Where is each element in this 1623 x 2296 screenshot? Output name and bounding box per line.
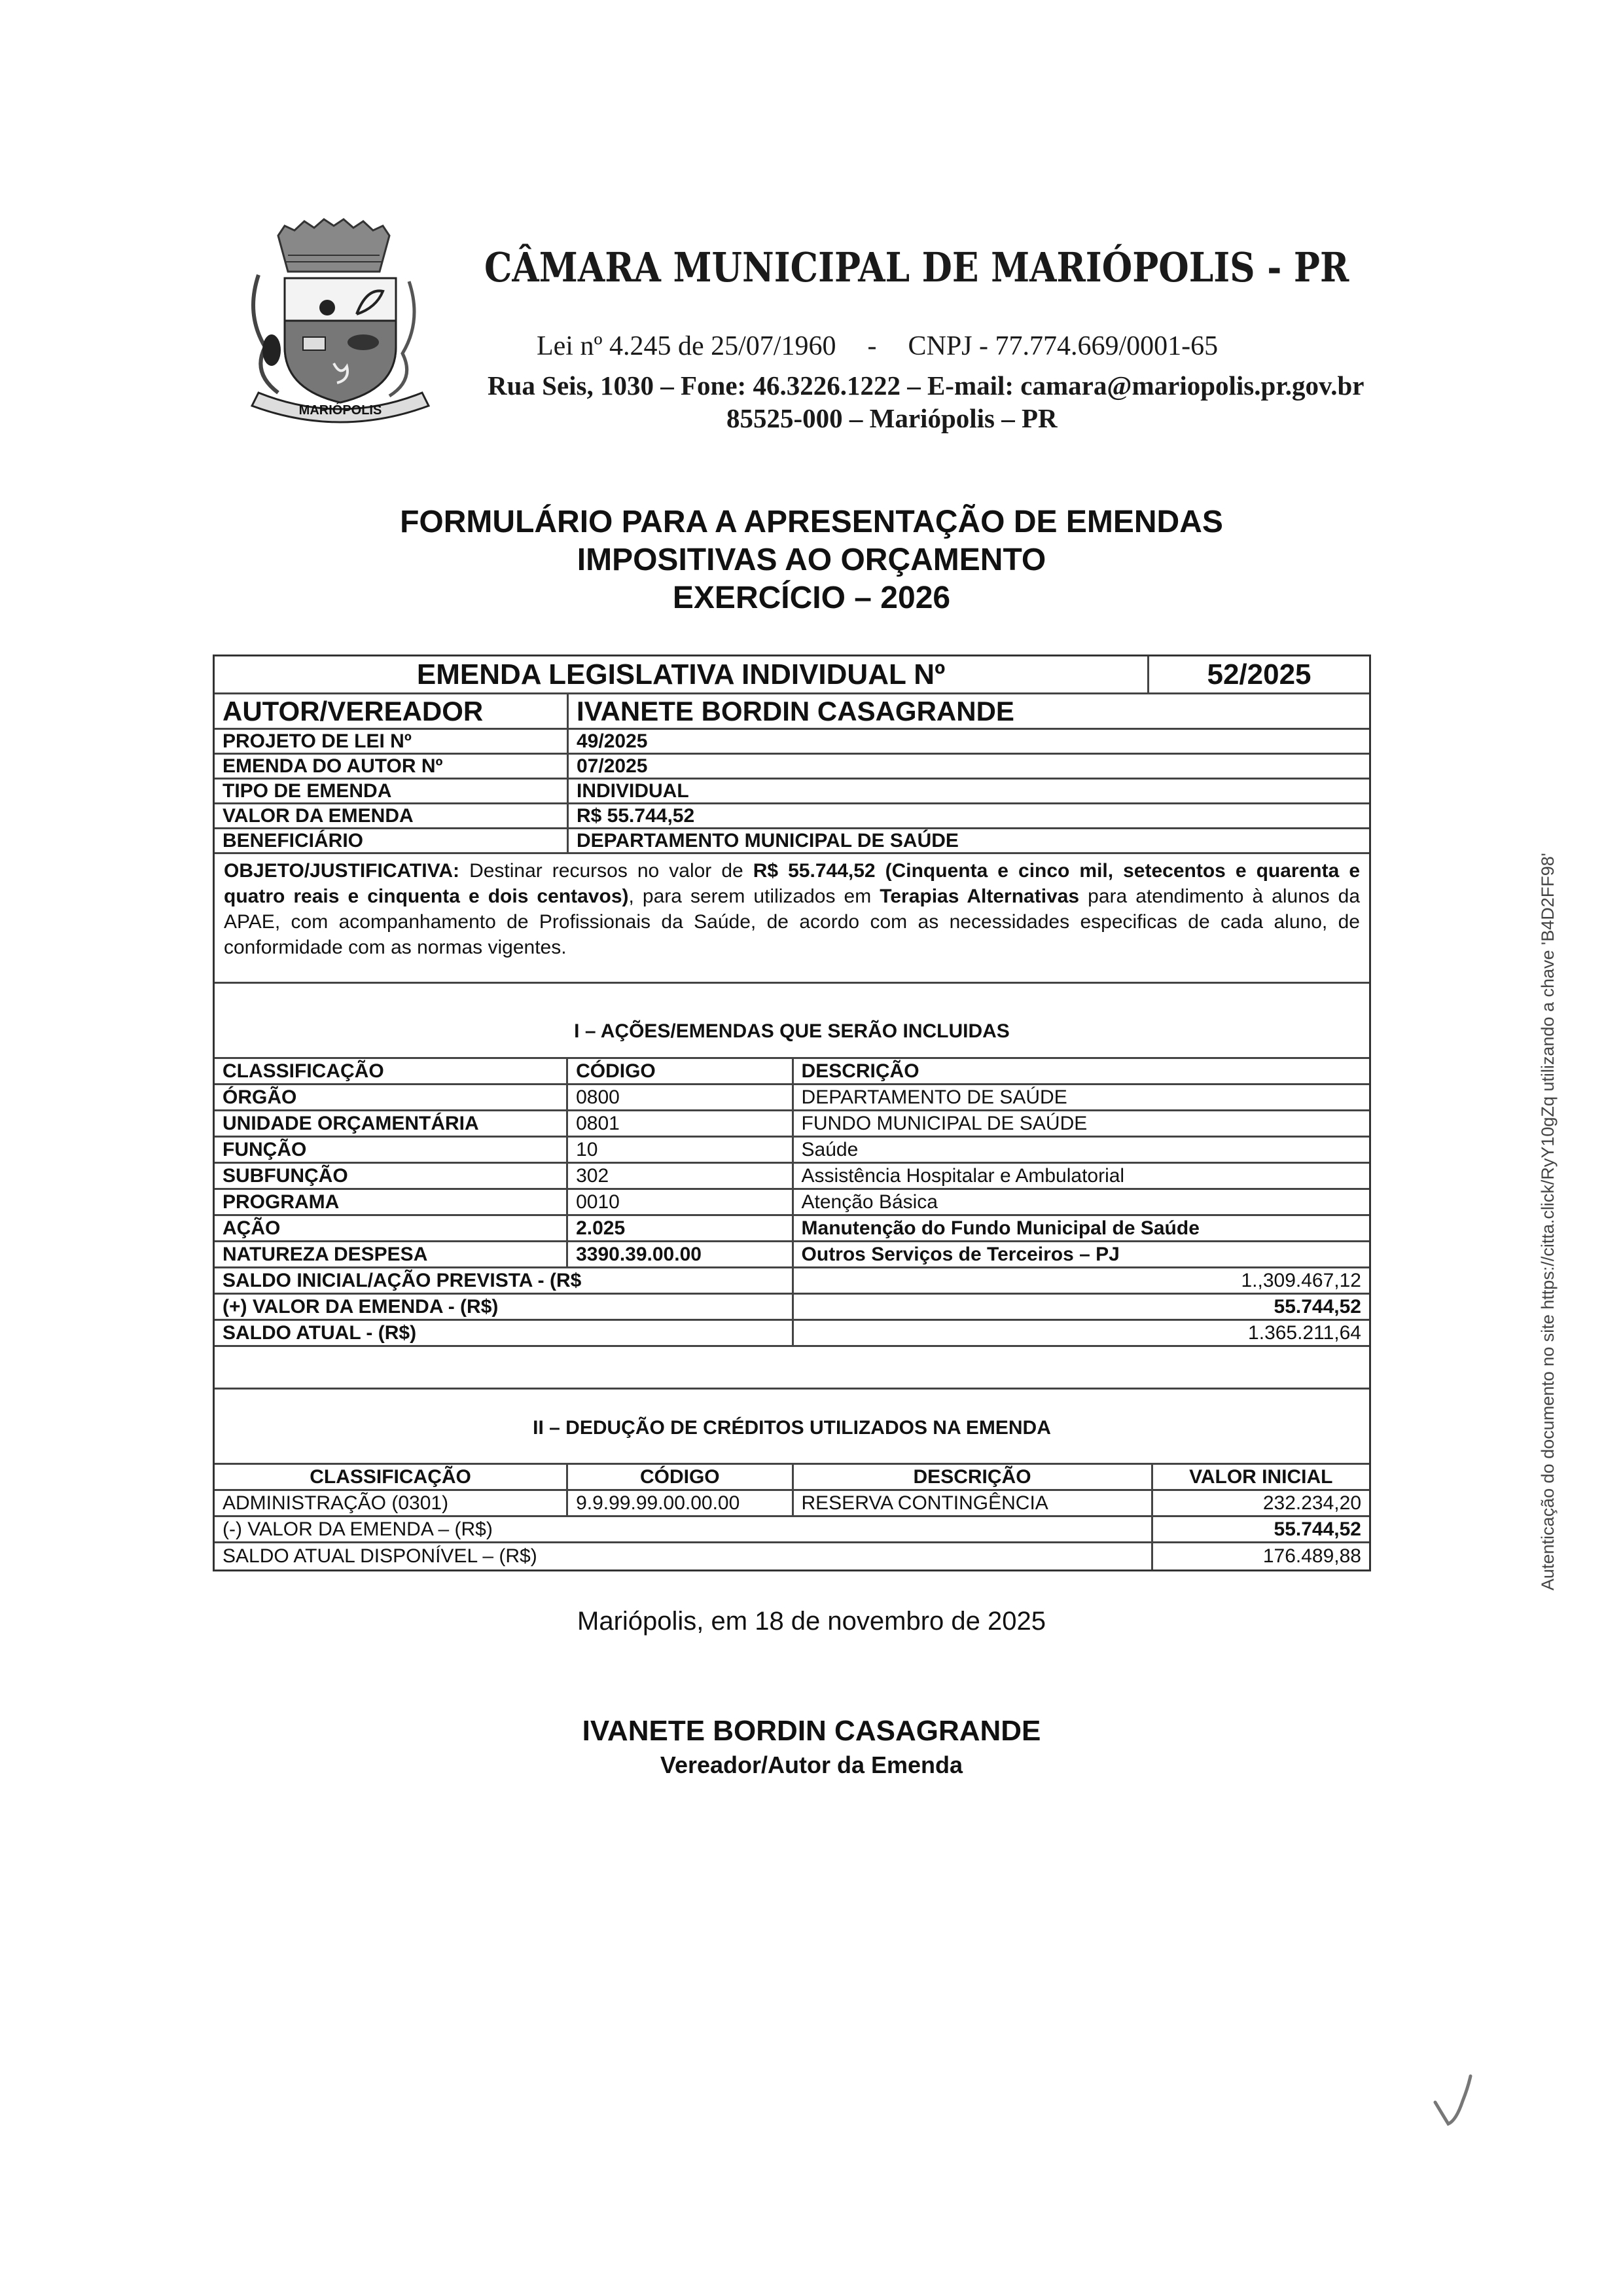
amendment-number: 52/2025 xyxy=(1147,656,1369,692)
signer-role: Vereador/Autor da Emenda xyxy=(0,1751,1623,1779)
info-row-emenda-autor: EMENDA DO AUTOR Nº 07/2025 xyxy=(215,755,1369,780)
cnpj: CNPJ - 77.774.669/0001-65 xyxy=(908,331,1218,361)
info-label: TIPO DE EMENDA xyxy=(215,780,567,802)
info-label: EMENDA DO AUTOR Nº xyxy=(215,755,567,778)
code-cell: 2.025 xyxy=(566,1216,791,1240)
table-row: SUBFUNÇÃO 302 Assistência Hospitalar e A… xyxy=(215,1164,1369,1190)
objective-text: Destinar recursos no valor de xyxy=(459,860,753,882)
amendment-header-row: EMENDA LEGISLATIVA INDIVIDUAL Nº 52/2025 xyxy=(215,656,1369,694)
total-label: (+) VALOR DA EMENDA - (R$) xyxy=(215,1295,792,1319)
law-reference: Lei nº 4.245 de 25/07/1960 xyxy=(537,331,836,361)
info-row-beneficiario: BENEFICIÁRIO DEPARTAMENTO MUNICIPAL DE S… xyxy=(215,829,1369,854)
authentication-note: Autenticação do documento no site https:… xyxy=(1538,661,1558,1590)
code-cell: 10 xyxy=(566,1138,791,1162)
classification-cell: ADMINISTRAÇÃO (0301) xyxy=(215,1491,566,1515)
column-header: VALOR INICIAL xyxy=(1151,1465,1369,1489)
total-row: SALDO ATUAL DISPONÍVEL – (R$) 176.489,88 xyxy=(215,1543,1369,1570)
author-label: AUTOR/VEREADOR xyxy=(215,694,567,728)
form-title-line-2: IMPOSITIVAS AO ORÇAMENTO xyxy=(0,542,1623,578)
classification-cell: ÓRGÃO xyxy=(215,1085,566,1109)
section-2-header-row: CLASSIFICAÇÃO CÓDIGO DESCRIÇÃO VALOR INI… xyxy=(215,1465,1369,1491)
column-header: CÓDIGO xyxy=(566,1059,791,1083)
objective-therapy: Terapias Alternativas xyxy=(880,886,1079,907)
postal-code-city: 85525-000 – Mariópolis – PR xyxy=(726,403,1058,434)
total-row: (-) VALOR DA EMENDA – (R$) 55.744,52 xyxy=(215,1517,1369,1543)
info-label: BENEFICIÁRIO xyxy=(215,829,567,852)
table-row: ÓRGÃO 0800 DEPARTAMENTO DE SAÚDE xyxy=(215,1085,1369,1111)
info-row-projeto: PROJETO DE LEI Nº 49/2025 xyxy=(215,730,1369,755)
section-1-header-row: CLASSIFICAÇÃO CÓDIGO DESCRIÇÃO xyxy=(215,1059,1369,1085)
classification-cell: SUBFUNÇÃO xyxy=(215,1164,566,1188)
code-cell: 0800 xyxy=(566,1085,791,1109)
author-value: IVANETE BORDIN CASAGRANDE xyxy=(567,694,1369,728)
table-row: ADMINISTRAÇÃO (0301) 9.9.99.99.00.00.00 … xyxy=(215,1491,1369,1517)
objective-label: OBJETO/JUSTIFICATIVA: xyxy=(224,860,459,882)
place-and-date: Mariópolis, em 18 de novembro de 2025 xyxy=(0,1607,1623,1636)
info-value: R$ 55.744,52 xyxy=(567,804,1369,827)
form-title-line-1: FORMULÁRIO PARA A APRESENTAÇÃO DE EMENDA… xyxy=(0,504,1623,540)
separator: - xyxy=(836,331,908,362)
total-value: 1.,309.467,12 xyxy=(792,1268,1370,1293)
objective-justification-row: OBJETO/JUSTIFICATIVA: Destinar recursos … xyxy=(215,854,1369,984)
institution-title: CÂMARA MUNICIPAL DE MARIÓPOLIS - PR xyxy=(484,243,1349,291)
table-row: AÇÃO 2.025 Manutenção do Fundo Municipal… xyxy=(215,1216,1369,1242)
info-value: 07/2025 xyxy=(567,755,1369,778)
total-row: (+) VALOR DA EMENDA - (R$) 55.744,52 xyxy=(215,1295,1369,1321)
total-label: SALDO ATUAL DISPONÍVEL – (R$) xyxy=(215,1543,1151,1570)
code-cell: 0801 xyxy=(566,1111,791,1136)
municipal-coat-of-arms-logo: MARIÓPOLIS xyxy=(232,216,435,425)
total-label: SALDO ATUAL - (R$) xyxy=(215,1321,792,1345)
section-2-title: II – DEDUÇÃO DE CRÉDITOS UTILIZADOS NA E… xyxy=(215,1390,1369,1463)
column-header: CLASSIFICAÇÃO xyxy=(215,1465,566,1489)
info-label: PROJETO DE LEI Nº xyxy=(215,730,567,753)
description-cell: DEPARTAMENTO DE SAÚDE xyxy=(792,1085,1369,1109)
table-row: UNIDADE ORÇAMENTÁRIA 0801 FUNDO MUNICIPA… xyxy=(215,1111,1369,1138)
code-cell: 302 xyxy=(566,1164,791,1188)
section-1-title-row: I – AÇÕES/EMENDAS QUE SERÃO INCLUIDAS xyxy=(215,984,1369,1059)
description-cell: Atenção Básica xyxy=(792,1190,1369,1214)
info-value: INDIVIDUAL xyxy=(567,780,1369,802)
classification-cell: NATUREZA DESPESA xyxy=(215,1242,566,1266)
objective-text: , para serem utilizados em xyxy=(629,886,880,907)
description-cell: RESERVA CONTINGÊNCIA xyxy=(792,1491,1151,1515)
description-cell: Outros Serviços de Terceiros – PJ xyxy=(792,1242,1369,1266)
info-value: DEPARTAMENTO MUNICIPAL DE SAÚDE xyxy=(567,829,1369,852)
info-row-valor: VALOR DA EMENDA R$ 55.744,52 xyxy=(215,804,1369,829)
code-cell: 0010 xyxy=(566,1190,791,1214)
info-label: VALOR DA EMENDA xyxy=(215,804,567,827)
description-cell: Saúde xyxy=(792,1138,1369,1162)
svg-text:MARIÓPOLIS: MARIÓPOLIS xyxy=(299,402,382,418)
objective-justification-text: OBJETO/JUSTIFICATIVA: Destinar recursos … xyxy=(215,854,1369,964)
info-row-tipo: TIPO DE EMENDA INDIVIDUAL xyxy=(215,780,1369,804)
total-row: SALDO INICIAL/AÇÃO PREVISTA - (R$ 1.,309… xyxy=(215,1268,1369,1295)
classification-cell: FUNÇÃO xyxy=(215,1138,566,1162)
column-header: DESCRIÇÃO xyxy=(792,1059,1369,1083)
blank-row xyxy=(215,1347,1369,1390)
total-value: 55.744,52 xyxy=(1151,1517,1369,1541)
law-and-cnpj-line: Lei nº 4.245 de 25/07/1960-CNPJ - 77.774… xyxy=(537,331,1218,362)
column-header: CÓDIGO xyxy=(566,1465,791,1489)
description-cell: Manutenção do Fundo Municipal de Saúde xyxy=(792,1216,1369,1240)
blank-cell xyxy=(215,1347,1369,1388)
code-cell: 3390.39.00.00 xyxy=(566,1242,791,1266)
signer-name: IVANETE BORDIN CASAGRANDE xyxy=(0,1715,1623,1748)
table-row: PROGRAMA 0010 Atenção Básica xyxy=(215,1190,1369,1216)
section-2-title-row: II – DEDUÇÃO DE CRÉDITOS UTILIZADOS NA E… xyxy=(215,1390,1369,1465)
table-row: FUNÇÃO 10 Saúde xyxy=(215,1138,1369,1164)
author-row: AUTOR/VEREADOR IVANETE BORDIN CASAGRANDE xyxy=(215,694,1369,730)
address-contact-line: Rua Seis, 1030 – Fone: 46.3226.1222 – E-… xyxy=(488,370,1364,401)
total-row: SALDO ATUAL - (R$) 1.365.211,64 xyxy=(215,1321,1369,1347)
total-value: 55.744,52 xyxy=(792,1295,1370,1319)
info-value: 49/2025 xyxy=(567,730,1369,753)
section-1-title: I – AÇÕES/EMENDAS QUE SERÃO INCLUIDAS xyxy=(215,984,1369,1057)
amendment-header-label: EMENDA LEGISLATIVA INDIVIDUAL Nº xyxy=(215,656,1147,692)
check-mark-icon xyxy=(1430,2068,1476,2134)
total-value: 176.489,88 xyxy=(1151,1543,1369,1570)
description-cell: Assistência Hospitalar e Ambulatorial xyxy=(792,1164,1369,1188)
total-label: (-) VALOR DA EMENDA – (R$) xyxy=(215,1517,1151,1541)
column-header: DESCRIÇÃO xyxy=(792,1465,1151,1489)
column-header: CLASSIFICAÇÃO xyxy=(215,1059,566,1083)
total-value: 1.365.211,64 xyxy=(792,1321,1370,1345)
initial-value-cell: 232.234,20 xyxy=(1151,1491,1369,1515)
classification-cell: PROGRAMA xyxy=(215,1190,566,1214)
description-cell: FUNDO MUNICIPAL DE SAÚDE xyxy=(792,1111,1369,1136)
classification-cell: AÇÃO xyxy=(215,1216,566,1240)
table-row: NATUREZA DESPESA 3390.39.00.00 Outros Se… xyxy=(215,1242,1369,1268)
amendment-form-table: EMENDA LEGISLATIVA INDIVIDUAL Nº 52/2025… xyxy=(213,655,1371,1571)
form-title-line-3: EXERCÍCIO – 2026 xyxy=(0,580,1623,616)
classification-cell: UNIDADE ORÇAMENTÁRIA xyxy=(215,1111,566,1136)
code-cell: 9.9.99.99.00.00.00 xyxy=(566,1491,791,1515)
total-label: SALDO INICIAL/AÇÃO PREVISTA - (R$ xyxy=(215,1268,792,1293)
